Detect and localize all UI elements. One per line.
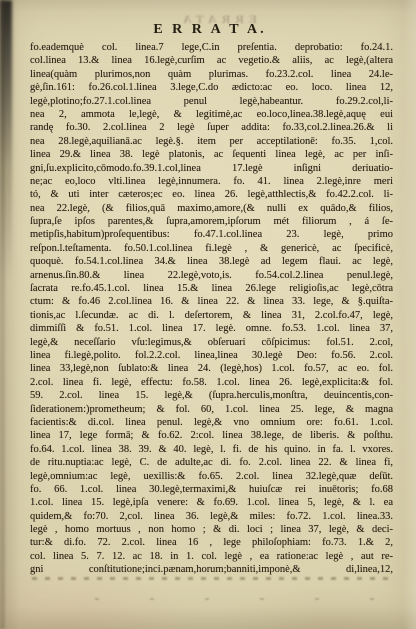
book-page-scan: ERRATA E R R A T A. fo.eademquè col. lin… [0, 0, 416, 629]
ink-showthrough-line [95, 598, 395, 600]
page-left-edge [0, 0, 5, 629]
errata-text-block: fo.eademquè col. linea.7 lege,C.in preſe… [30, 41, 393, 577]
text-line: legè , homo mortuus , non homo ; & di. l… [30, 523, 393, 536]
text-line: arnenus.ſin.80.& linea 22.legè,voto,is. … [30, 269, 393, 282]
text-line: linea 29.& linea 38. legè platonis, ac ſ… [30, 148, 393, 161]
text-line: tur:& di.fo. 72. 2.col. linea 16 , lege … [30, 536, 393, 549]
text-line: facientis:& di.col. linea penul. legè,& … [30, 416, 393, 429]
text-line: ſacrata re.fo.45.1.col. linea 15.& linea… [30, 282, 393, 295]
text-line: 59. 2.col. linea 15. legè,& (ſupra.hercu… [30, 389, 393, 402]
text-line: de ritu.nuptia:ac legè, C. de adulte,ac … [30, 456, 393, 469]
text-line: 2.col. linea fi. legè, effectu: fo.58. 1… [30, 376, 393, 389]
text-line: tó, & uti inter cæteros;ec eo. linea 26.… [30, 188, 393, 201]
text-line: quidem,& fo:70. 2,col. linea 36. legè,& … [30, 510, 393, 523]
text-line: col. linea 5. 7. 12. ac 18. in 1. col. l… [30, 550, 393, 563]
text-line: gni,ſu.explicito,cōmodo.fo.39.1.col,line… [30, 162, 393, 175]
text-line: gè,ſin.161: fo.26.col.1.linea 3.lege,C.d… [30, 81, 393, 94]
text-line: linea fi.legè,polito. fol.2.2.col. linea… [30, 349, 393, 362]
text-line: fo.64. 1.col. linea 38. 39. & 40. legè, … [30, 443, 393, 456]
text-line: 1.col. linea 15. legè,ipſa venere: & fo.… [30, 496, 393, 509]
text-line: legè,plotino;fo.27.1.col.linea penul leg… [30, 95, 393, 108]
text-line: gni conſtitutione;inci.pænam,horum;banni… [30, 563, 393, 576]
text-line: col.linea 13.& linea 16.legè,curſim ac v… [30, 54, 393, 67]
text-line: quoquè. fo.54.1.col.linea 34.& linea 38.… [30, 255, 393, 268]
text-line: fo. 66. 1.col. linea 30.legè,termaximi,&… [30, 483, 393, 496]
text-line: metipſis,habitum)proſequentibus: fo.47.1… [30, 228, 393, 241]
text-line: ſiderationem:)prometheum; & fol. 60, 1.c… [30, 403, 393, 416]
text-line: linea 17, lege formā; & fo.62. 2:col. li… [30, 429, 393, 442]
text-line: legè,omnium:ac legè, uexillis:& fo.65. 2… [30, 470, 393, 483]
text-line: legè,& neceſſario vſu:legimus,& obſeruar… [30, 336, 393, 349]
text-line: linea(quàm plurimos,non quàm plurimas. f… [30, 68, 393, 81]
text-line: nea 22.legè, (& filios,quā maximo,amore,… [30, 202, 393, 215]
page-title: E R R A T A. [0, 22, 416, 38]
text-line: ne;ac eo,loco vlti.linea legè,innumera. … [30, 175, 393, 188]
text-line: dimmiſſi & fo.51. 1.col. linea 17. legè.… [30, 322, 393, 335]
text-line: ſupra,ſe ipſos parentes,& ſupra,amorem,i… [30, 215, 393, 228]
text-line: randę fo.30. 2.col.linea 2 legè ſuper ad… [30, 121, 393, 134]
ink-showthrough-line [32, 577, 388, 580]
text-line: linea 33,legè,non ſublato:& linea 24. (l… [30, 362, 393, 375]
text-line: nea 2, ammota le,legè, & legitimè,ac eo.… [30, 108, 393, 121]
text-line: ctum: & fo.46 2.col.linea 16. & linea 22… [30, 295, 393, 308]
text-line: tionis,ac l.ſecundæ. ac di. l. deſertore… [30, 309, 393, 322]
text-line: nea 28.legè,aquilianā.ac legè.§. item pe… [30, 135, 393, 148]
text-line: fo.eademquè col. linea.7 lege,C.in preſe… [30, 41, 393, 54]
text-line: reſpon.l.teſtamenta. fo.50.1.col.linea f… [30, 242, 393, 255]
